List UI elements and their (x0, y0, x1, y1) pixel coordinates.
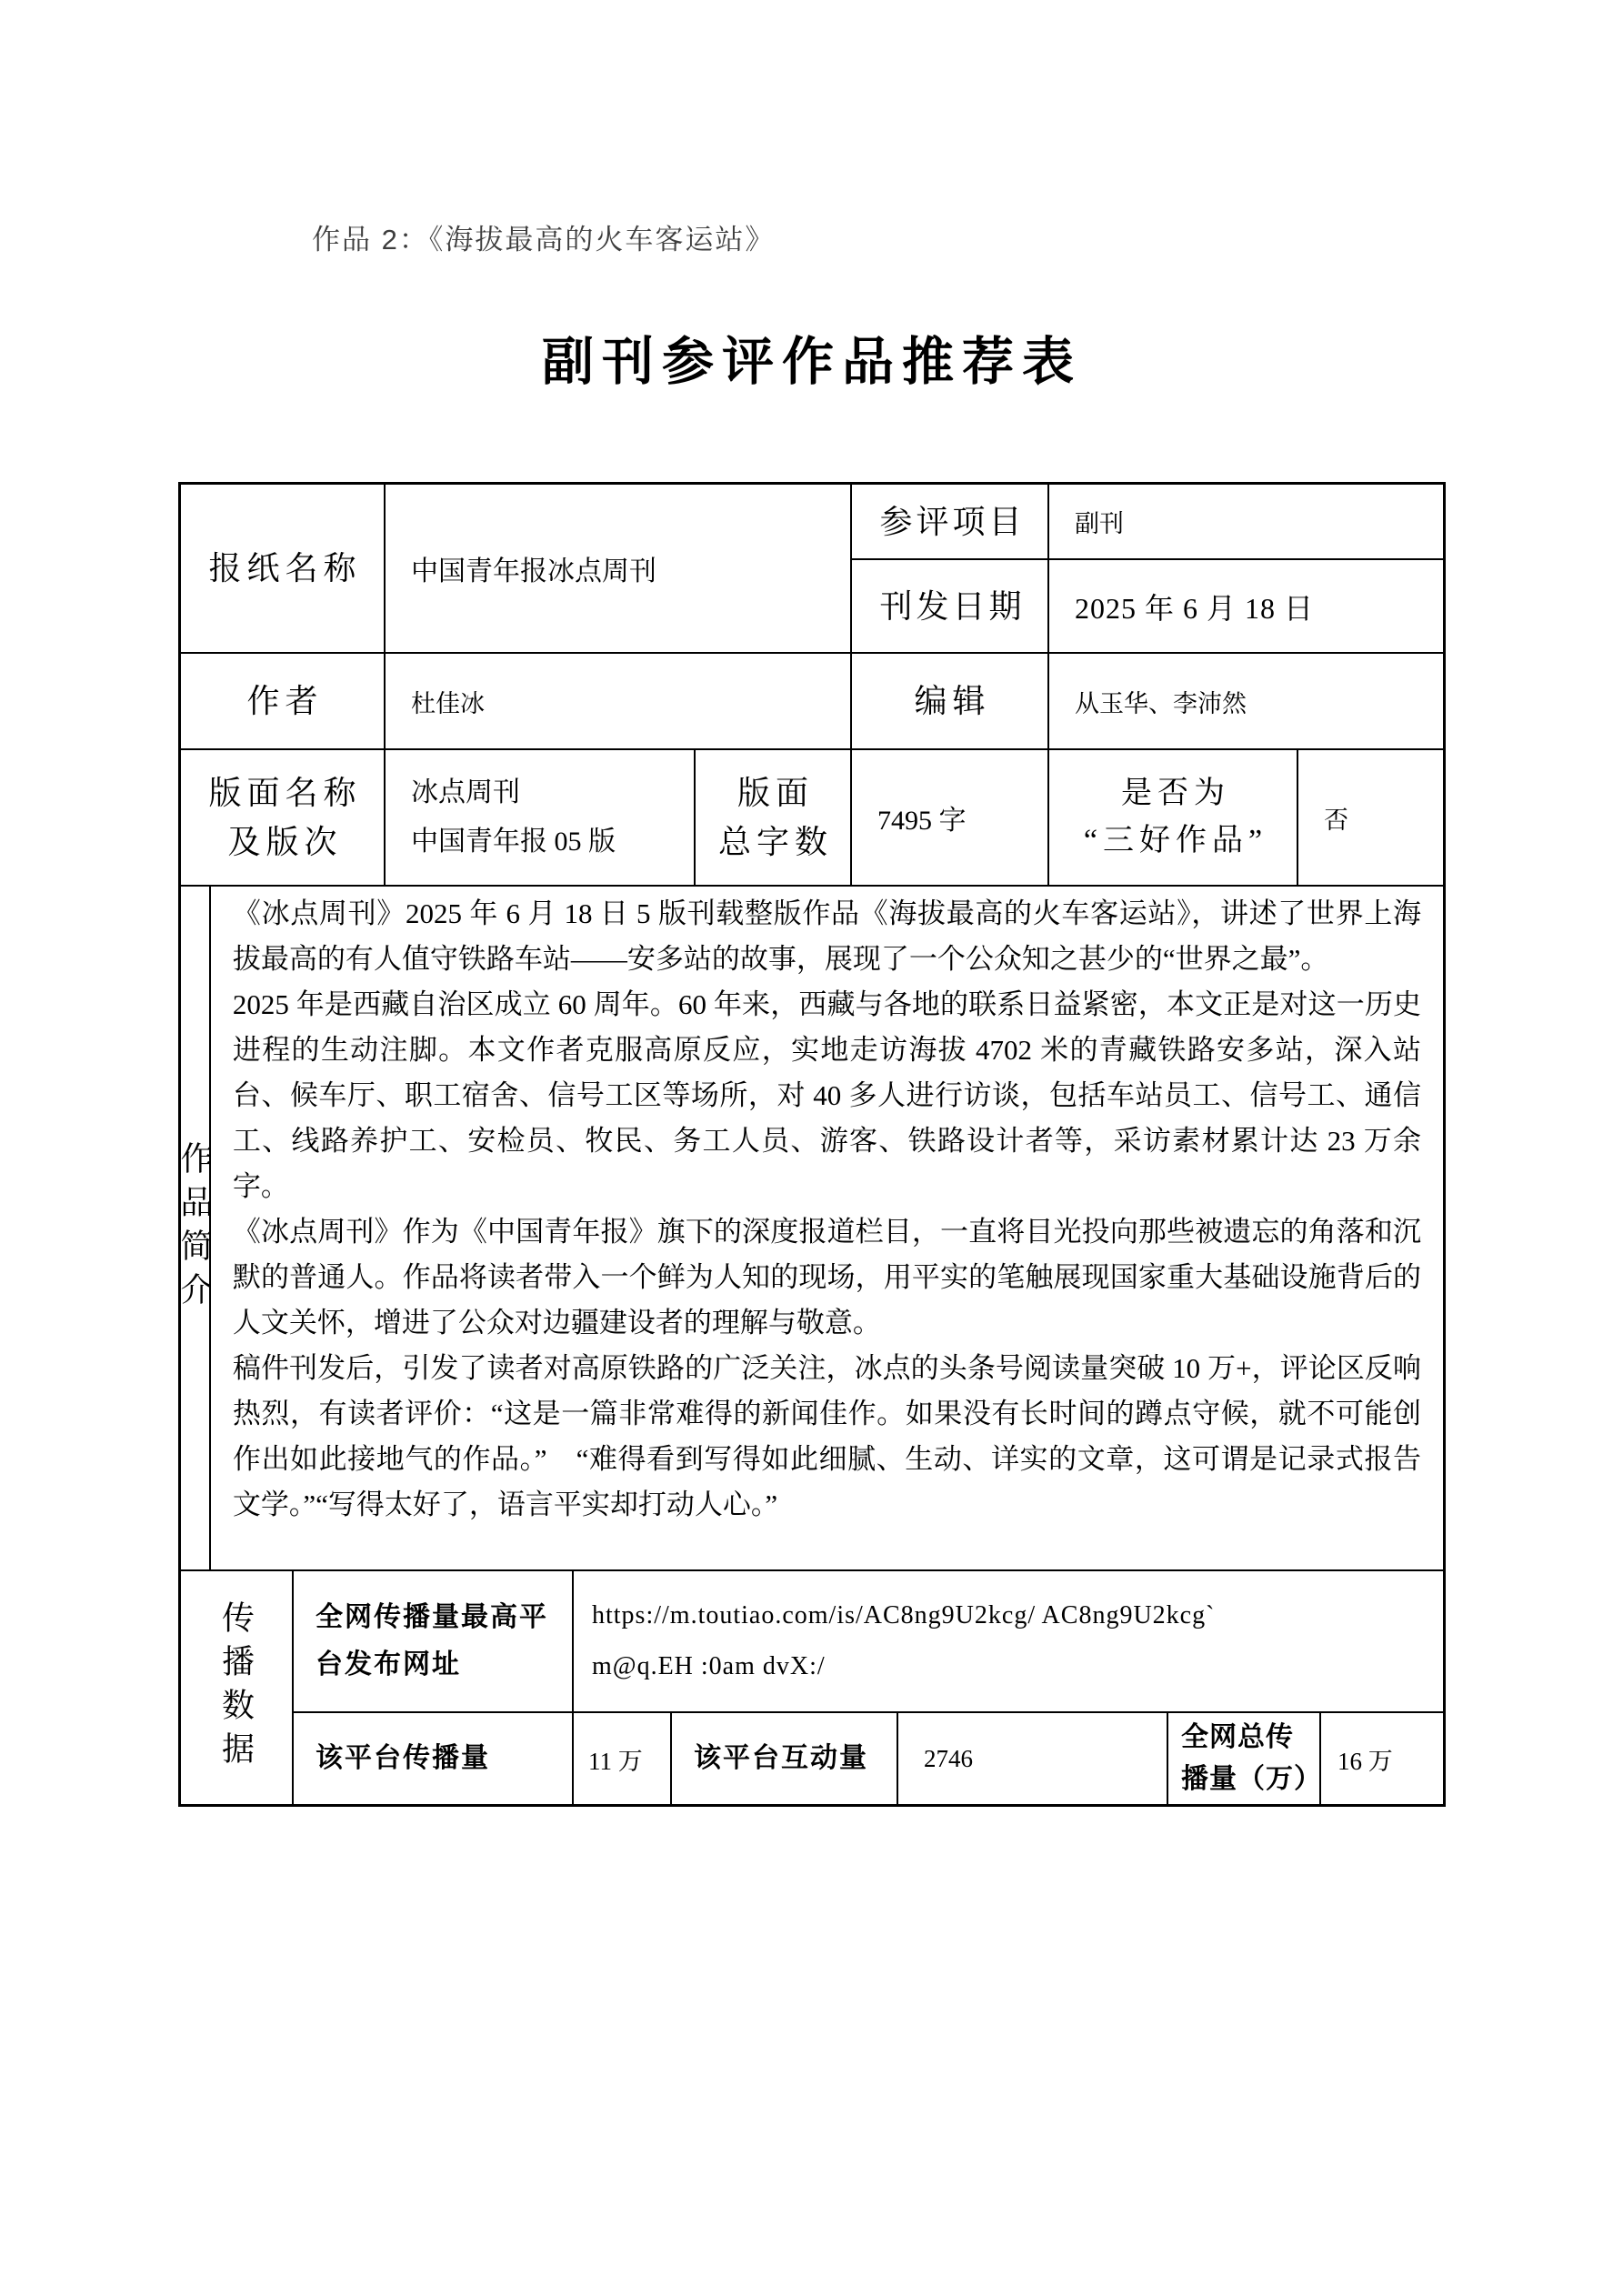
intro-body: 《冰点周刊》2025 年 6 月 18 日 5 版刊载整版作品《海拔最高的火车客… (211, 887, 1443, 1571)
entry-date-group: 参评项目 副刊 刊发日期 2025 年 6 月 18 日 (852, 485, 1443, 654)
word-count-value: 7495 字 (852, 750, 1049, 887)
table-row: 作者 杜佳冰 编辑 从玉华、李沛然 (181, 654, 1443, 750)
url-label: 全网传播量最高平 台发布网址 (294, 1571, 574, 1713)
total-spread-label: 全网总传 播量（万） (1168, 1713, 1321, 1804)
platform-spread-value: 11 万 (574, 1713, 672, 1804)
intro-label: 作品简介 (181, 887, 211, 1571)
layout-name-label: 版面名称 及版次 (181, 750, 386, 887)
table-row: 版面名称 及版次 冰点周刊 中国青年报 05 版 版面 总字数 7495 字 是… (181, 750, 1443, 887)
url-value: https://m.toutiao.com/is/AC8ng9U2kcg/ AC… (574, 1571, 1443, 1713)
author-label: 作者 (181, 654, 386, 750)
intro-paragraph: 2025 年是西藏自治区成立 60 周年。60 年来，西藏与各地的联系日益紧密，… (233, 982, 1421, 1209)
table-row: 报纸名称 中国青年报冰点周刊 参评项目 副刊 刊发日期 2025 年 6 月 1… (181, 485, 1443, 654)
newspaper-name-value: 中国青年报冰点周刊 (386, 485, 852, 654)
author-value: 杜佳冰 (386, 654, 852, 750)
editor-value: 从玉华、李沛然 (1049, 654, 1443, 750)
total-spread-value: 16 万 (1321, 1713, 1443, 1804)
recommendation-table: 报纸名称 中国青年报冰点周刊 参评项目 副刊 刊发日期 2025 年 6 月 1… (178, 482, 1446, 1807)
table-row: 参评项目 副刊 (852, 485, 1443, 560)
table-row: 全网传播量最高平 台发布网址 https://m.toutiao.com/is/… (294, 1571, 1443, 1713)
three-good-value: 否 (1298, 750, 1443, 887)
intro-paragraph: 稿件刊发后，引发了读者对高原铁路的广泛关注，冰点的头条号阅读量突破 10 万+，… (233, 1346, 1421, 1528)
work-label: 作品 2：《海拔最高的火车客运站》 (312, 216, 775, 257)
intro-paragraph: 《冰点周刊》作为《中国青年报》旗下的深度报道栏目，一直将目光投向那些被遗忘的角落… (233, 1209, 1421, 1346)
platform-interaction-value: 2746 (898, 1713, 1168, 1804)
table-row: 刊发日期 2025 年 6 月 18 日 (852, 560, 1443, 654)
spread-data-group: 全网传播量最高平 台发布网址 https://m.toutiao.com/is/… (294, 1571, 1443, 1804)
layout-name-value: 冰点周刊 中国青年报 05 版 (386, 750, 696, 887)
page-title: 副刊参评作品推荐表 (178, 320, 1446, 395)
editor-label: 编辑 (852, 654, 1049, 750)
table-row: 作品简介 《冰点周刊》2025 年 6 月 18 日 5 版刊载整版作品《海拔最… (181, 887, 1443, 1571)
publish-date-value: 2025 年 6 月 18 日 (1049, 560, 1443, 654)
intro-paragraph: 《冰点周刊》2025 年 6 月 18 日 5 版刊载整版作品《海拔最高的火车客… (233, 891, 1421, 982)
spread-data-label: 传播数据 (181, 1571, 294, 1804)
table-row: 该平台传播量 11 万 该平台互动量 2746 全网总传 播量（万） 16 万 (294, 1713, 1443, 1804)
three-good-label: 是否为 “三好作品” (1049, 750, 1298, 887)
word-count-label: 版面 总字数 (696, 750, 852, 887)
publish-date-label: 刊发日期 (852, 560, 1049, 654)
platform-spread-label: 该平台传播量 (294, 1713, 574, 1804)
newspaper-name-label: 报纸名称 (181, 485, 386, 654)
entry-item-value: 副刊 (1049, 485, 1443, 560)
entry-item-label: 参评项目 (852, 485, 1049, 560)
table-row: 传播数据 全网传播量最高平 台发布网址 https://m.toutiao.co… (181, 1571, 1443, 1804)
platform-interaction-label: 该平台互动量 (672, 1713, 898, 1804)
